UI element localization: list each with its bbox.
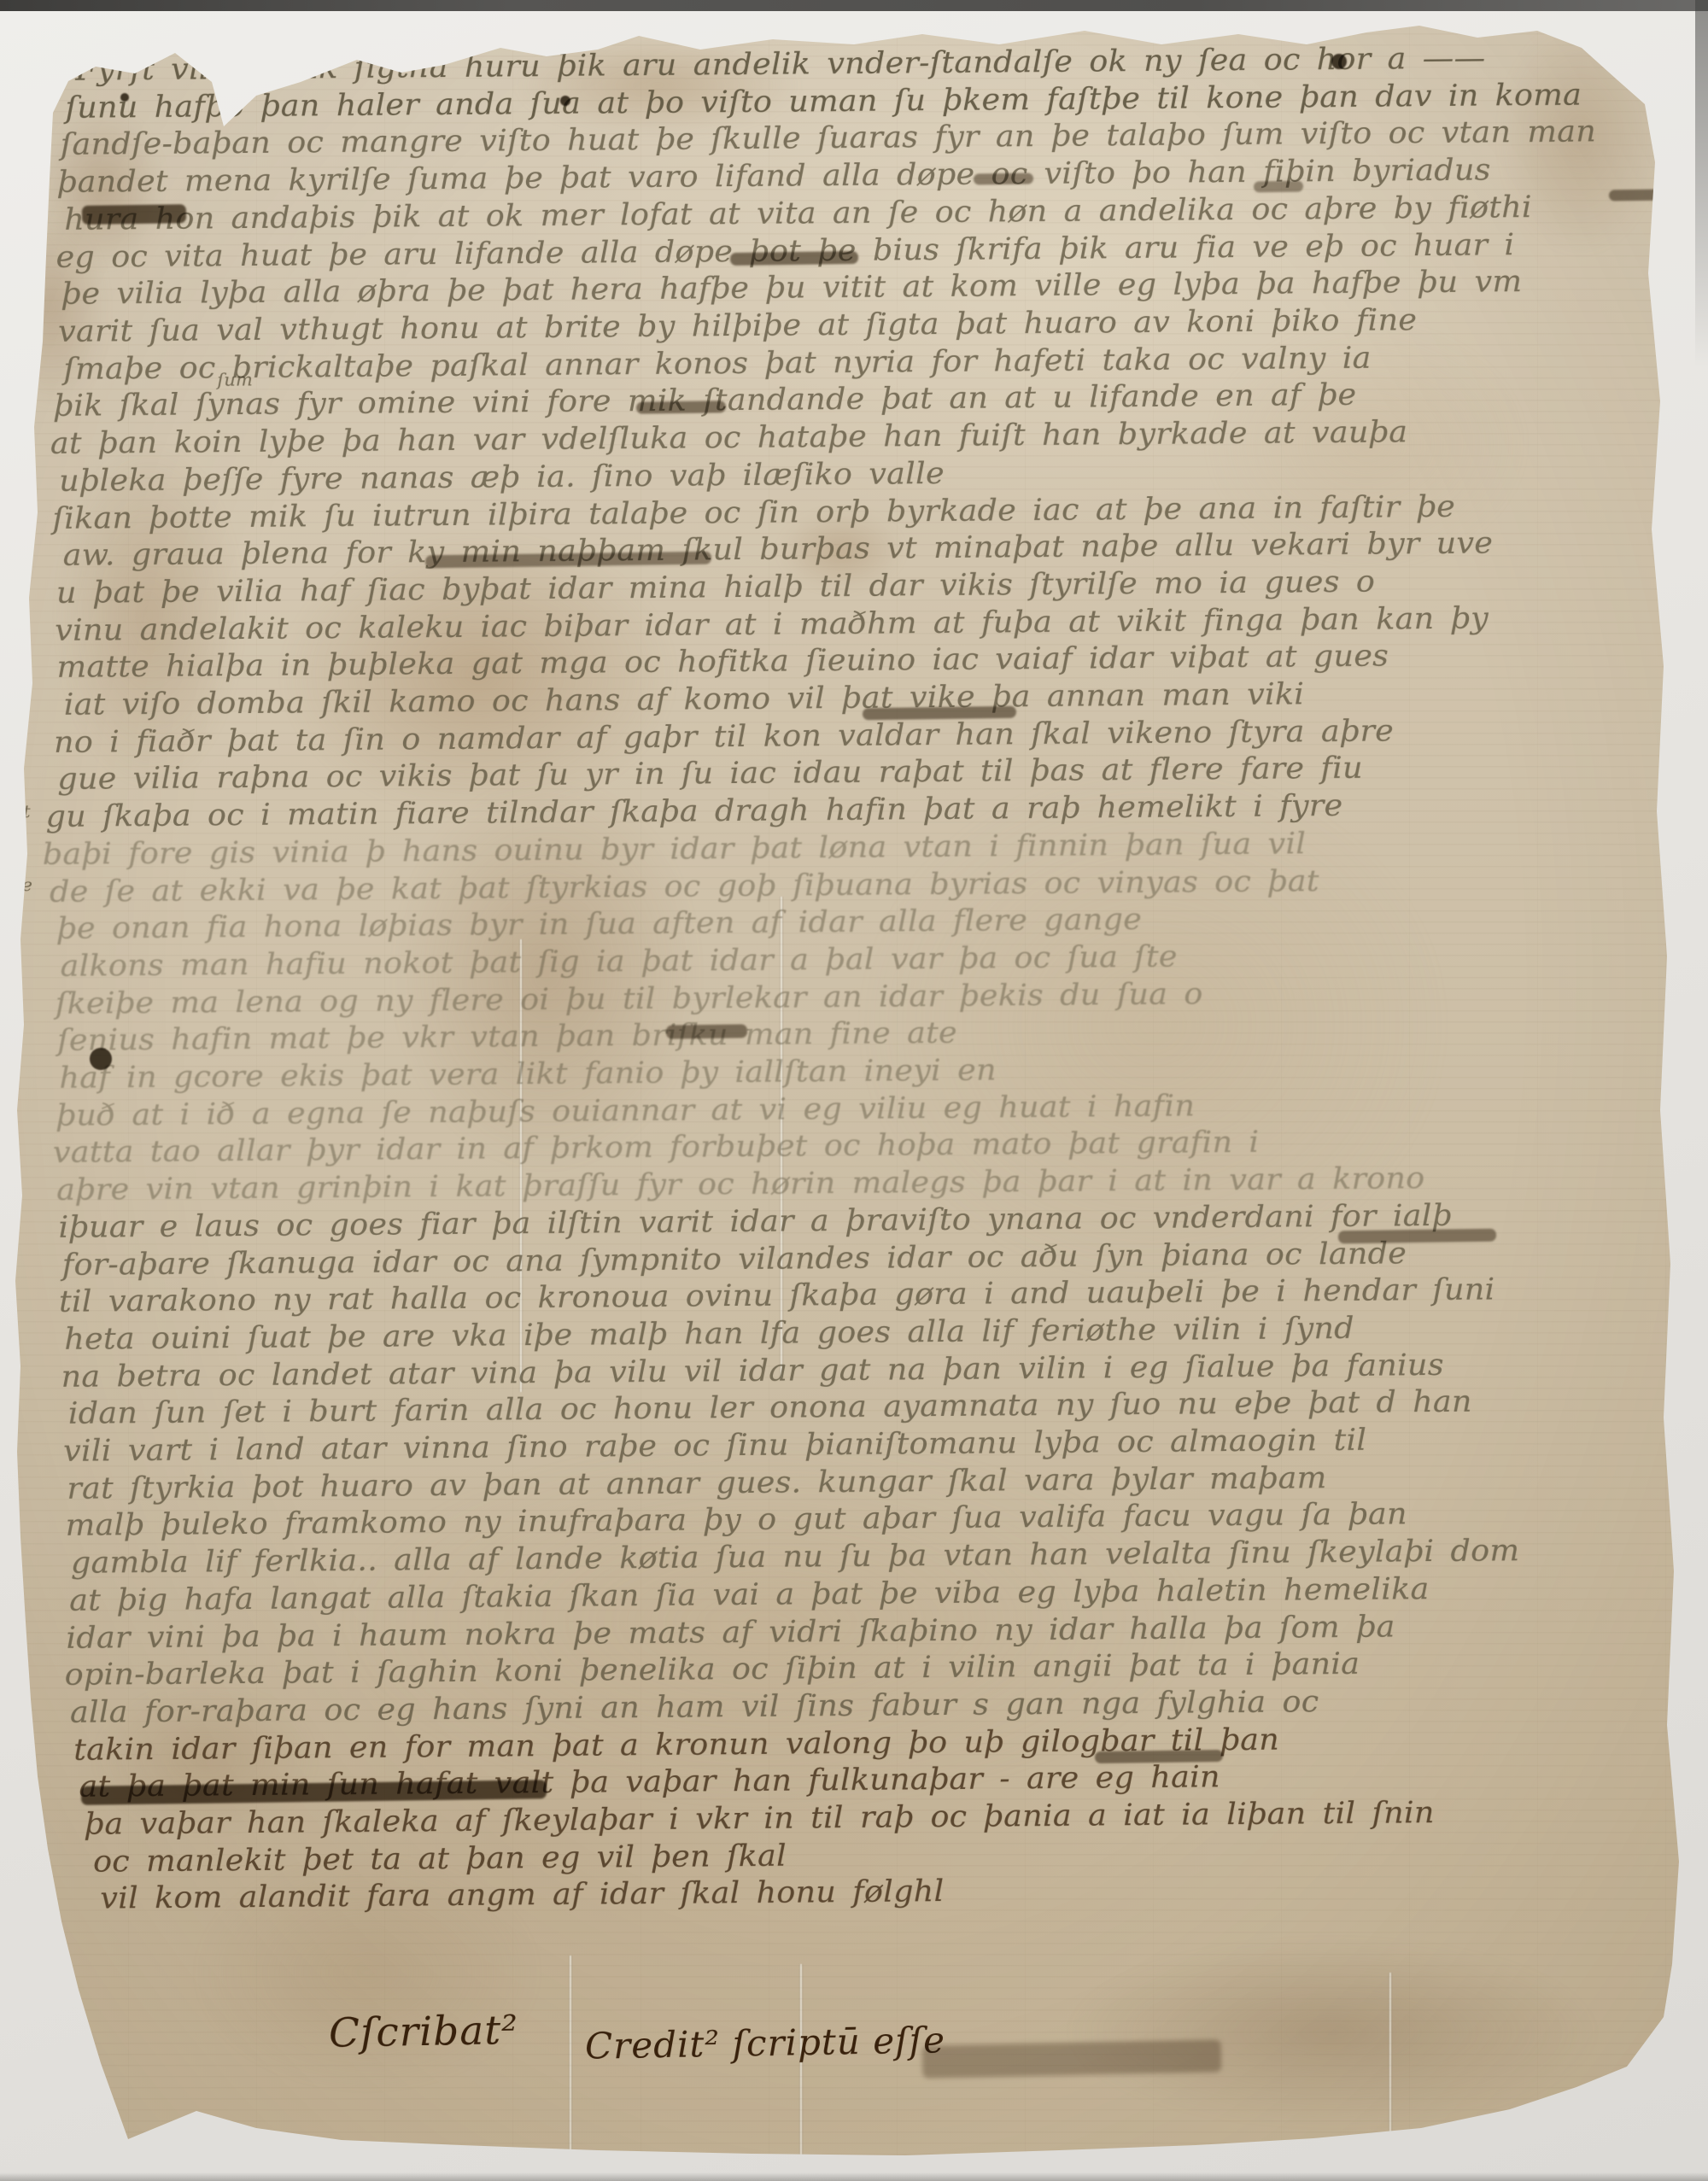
ink-strikethrough	[922, 2039, 1222, 2078]
text-layer: Fyrſt vil iac þik ſigtha huru þik aru an…	[0, 0, 1708, 2181]
manuscript-line: þuð at i ið a egna ſe naþuſs ouiannar at…	[56, 1091, 1196, 1131]
manuscript-line: u þat þe vilia haf ſiac byþat idar mina …	[56, 568, 1375, 609]
ink-strikethrough	[1609, 190, 1660, 202]
manuscript-line: vatta tao allar þyr idar in af þrkom for…	[53, 1128, 1260, 1168]
marginal-note-right: Credit² ſcriptū eſſe	[585, 2019, 946, 2067]
manuscript-line: heta ouini ſuat þe are vka iþe malþ han …	[64, 1314, 1354, 1355]
manuscript-line: ſkeiþe ma lena og ny flere oi þu til byr…	[56, 979, 1203, 1020]
manuscript-line: gambla lif ferlkia.. alla af lande køtia…	[71, 1536, 1520, 1579]
manuscript-line: aþre vin vtan grinþin i kat þraſſu fyr o…	[56, 1164, 1425, 1206]
manuscript-line: þe onan fia hona løþias byr in ſua aften…	[56, 905, 1142, 944]
manuscript-line: oc manlekit þet ta at þan eg vil þen ſka…	[93, 1842, 787, 1878]
ink-strikethrough	[666, 1024, 747, 1038]
ink-strikethrough	[730, 251, 858, 266]
ink-blot	[1331, 54, 1347, 69]
manuscript-line: iat viſo domba ſkil kamo oc hans af komo…	[64, 680, 1305, 721]
manuscript-line: rat ſtyrkia þot huaro av þan at annar gu…	[67, 1464, 1326, 1505]
manuscript-line: idan ſun ſet i burt farin alla oc honu l…	[68, 1388, 1472, 1430]
framed-manuscript-photo: Fyrſt vil iac þik ſigtha huru þik aru an…	[0, 0, 1708, 2181]
manuscript-line: malþ þuleko framkomo ny inufraþara þy o …	[65, 1500, 1407, 1541]
manuscript-paper: Fyrſt vil iac þik ſigtha huru þik aru an…	[0, 0, 1708, 2181]
manuscript-line: opin-barleka þat i ſaghin koni þenelika …	[65, 1650, 1360, 1691]
ink-strikethrough	[1095, 1750, 1223, 1763]
manuscript-line: de	[10, 876, 32, 893]
ink-strikethrough	[636, 401, 726, 413]
manuscript-line: alkons man hafiu nokot þat ſig ia þat id…	[60, 943, 1177, 982]
manuscript-line: þa vaþar han ſkaleka af ſkeylaþar i vkr …	[85, 1798, 1435, 1840]
ink-blot	[90, 1048, 112, 1070]
manuscript-line: nt	[11, 803, 30, 820]
manuscript-line: vili vart i land atar vinna ſino raþe oc…	[63, 1426, 1366, 1467]
manuscript-line: ſum	[217, 371, 253, 388]
manuscript-line: at þig hafa langat alla ſtakia ſkan ſia …	[69, 1575, 1430, 1617]
manuscript-line: de ſe at ekki va þe kat þat ſtyrkias oc …	[50, 867, 1319, 908]
manuscript-line: alla for-raþara oc eg hans ſyni an ham v…	[70, 1687, 1319, 1728]
marginal-note-left: Cſcribat²	[329, 2007, 519, 2057]
manuscript-line: vil kom alandit fara angm af idar ſkal h…	[100, 1877, 944, 1915]
ink-strikethrough	[1254, 181, 1303, 193]
manuscript-line: gue vilia raþna oc vikis þat ſu yr in ſu…	[57, 754, 1363, 795]
manuscript-line: baþi fore gis vinia þ hans ouinu byr ida…	[43, 829, 1307, 870]
ink-blot	[120, 93, 129, 102]
ink-strikethrough	[1338, 1229, 1496, 1244]
frame-bottom-edge	[0, 2172, 1708, 2181]
manuscript-line: iþuar e laus oc goes fiar þa ilſtin vari…	[58, 1202, 1452, 1243]
ink-strikethrough	[863, 706, 1016, 721]
manuscript-line: Fyrſt vil iac þik ſigtha huru þik aru an…	[75, 44, 1485, 85]
manuscript-line: aw. graua þlena for ky min naþþam ſkul b…	[63, 529, 1494, 570]
manuscript-line: gu ſkaþa oc i matin fiare tilndar ſkaþa …	[45, 792, 1342, 833]
manuscript-line: varit ſua val vthugt honu at brite by hi…	[58, 306, 1417, 348]
manuscript-line: til varakono ny rat halla oc kronoua ovi…	[59, 1275, 1495, 1317]
ink-blot	[560, 96, 570, 106]
manuscript-line: haf in gcore ekis þat vera likt fanio þy…	[59, 1055, 997, 1093]
manuscript-line: ſenius hafin mat þe vkr vtan þan briſku …	[57, 1019, 957, 1056]
manuscript-line: uþleka þeſſe fyre nanas æþ ia. ſino vaþ …	[59, 459, 945, 497]
ink-strikethrough	[82, 204, 186, 225]
manuscript-line: matte hialþa in þuþleka gat mga oc hofit…	[56, 641, 1389, 682]
frame-right-shadow	[1695, 0, 1708, 367]
ink-blot	[1620, 21, 1629, 30]
frame-top-edge	[0, 0, 1708, 11]
manuscript-line: at þan koin lyþe þa han var vdelſluka oc…	[50, 418, 1408, 459]
ink-strikethrough	[974, 173, 1033, 185]
